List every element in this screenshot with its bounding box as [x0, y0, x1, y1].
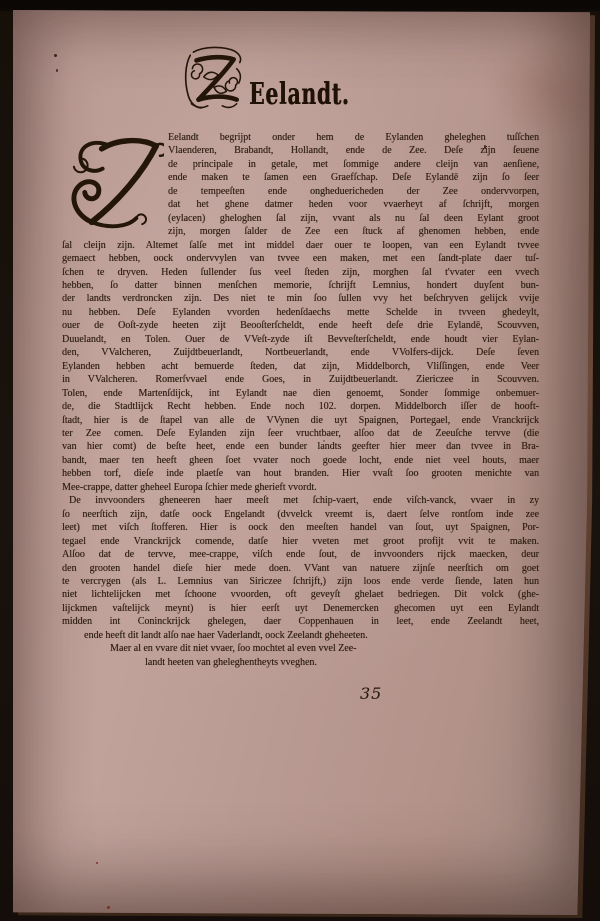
text-line: den, VValcheren, Zuijdtbeuerlandt, Nortb…: [62, 346, 539, 359]
text-line: ter Zee comen. Deſe Eylanden zijn ſeer v…: [62, 427, 539, 440]
text-line: ſchen te dryven. Heden ſullender ſus vee…: [62, 266, 539, 279]
text-line: hebben, ſo datter binnen menſchen memori…: [62, 279, 539, 292]
drop-cap-z-icon: [62, 132, 164, 236]
text-line: Tolen, ende Martenſdijck, int Eylandt na…: [62, 387, 539, 400]
text-line: de, die Stadtlijck Recht hebben. Ende no…: [62, 400, 539, 413]
book-page: Eelandt. Eelandt begrijpt onder hem de E…: [13, 10, 590, 915]
text-line: nu hebben. Deſe Eylanden vvorden hedenſd…: [62, 306, 539, 319]
text-line: ſo neerſtich zijn, datſe oock Engelandt …: [62, 508, 539, 521]
text-line: de principale in getale, met ſommige and…: [168, 158, 539, 171]
text-line: ſtadt, hier is de ſtapel van alle de VVy…: [62, 414, 539, 427]
text-column: Eelandt begrijpt onder hem de Eylanden g…: [62, 131, 539, 669]
text-line: Duuelandt, en Tolen. Ouer de VVeſt-zyde …: [62, 333, 539, 346]
text-line: Alſoo dat de tervve, mee-crappe, viſch e…: [62, 548, 539, 561]
photo-of-book-page: { "page": { "title": { "initial": "Z", "…: [0, 0, 600, 921]
text-line: ende maken te ſamen een Graefſchap. Deſe…: [168, 171, 539, 184]
paragraph-2-lines: ſo neerſtich zijn, datſe oock Engelandt …: [62, 508, 539, 629]
text-line: midden int Coninckrijck ghelegen, daer C…: [62, 615, 539, 628]
text-line: Mee-crappe, datter gheheel Europa ſchier…: [62, 481, 539, 494]
signature-number: 35: [360, 684, 382, 703]
text-line: tegael ende Vranckrijck comende, datſe h…: [62, 535, 539, 548]
text-line: Maer al en vvare dit niet vvaer, ſoo moc…: [110, 642, 539, 655]
text-line: bandt, maer ten heeft gheen ſoet vvater …: [62, 454, 539, 467]
text-line: Eylanden hebben acht bemuerde ſteden, da…: [62, 360, 539, 373]
text-line: hebben torf, dieſe inde plaetſe van hout…: [62, 467, 539, 480]
text-line: zijn, morgen ſalder de Zee een ſtuck af …: [168, 225, 539, 238]
text-line: der landts verdroncken zijn. Des niet te…: [62, 292, 539, 305]
paragraph-1-full-lines: ſal cleijn zijn. Altemet ſalſe met int m…: [62, 239, 539, 481]
ink-speck: [54, 54, 57, 57]
red-speck: [107, 906, 110, 909]
text-line: (eylacen) gheloghen ſal zijn, vvant als …: [168, 212, 539, 225]
text-line: van hier comt) de beſte heet, ende een b…: [62, 440, 539, 453]
text-line: De invvoonders gheneeren haer meeſt met …: [62, 494, 539, 507]
page-header: Eelandt.: [183, 46, 397, 112]
text-line: te vercrygen (als L. Lemnius van Siricze…: [62, 575, 539, 588]
ornamental-initial-z-icon: [183, 46, 245, 112]
text-line: dat het ghene datmer heden voor vvaerhey…: [168, 198, 539, 211]
ink-speck: [484, 145, 486, 149]
text-line: gemaect hebben, oock ondervvylen van tvv…: [62, 252, 539, 265]
text-line: ouer de Ooſt-zyde heeten zijt Beooſterſc…: [62, 319, 539, 332]
text-line: lijckmen vaſtelijck meynt) is hier eerſt…: [62, 602, 539, 615]
ink-speck: [56, 69, 58, 72]
paragraph-1-start: Eelandt begrijpt onder hem de Eylanden g…: [62, 131, 539, 239]
page-title: Eelandt.: [249, 80, 350, 110]
text-line: de tempeeſten ende ongheduericheden der …: [168, 185, 539, 198]
text-line: landt heeten van gheleghentheyts vveghen…: [145, 656, 539, 669]
ink-speck: [323, 440, 325, 442]
text-line: ende heeft dit landt alſo nae haer Vader…: [84, 629, 539, 642]
text-line: in VValcheren. Romerſvvael ende Goes, in…: [62, 373, 539, 386]
text-line: ſal cleijn zijn. Altemet ſalſe met int m…: [62, 239, 539, 252]
text-line: den grooten handel dieſe hier mede doen.…: [62, 562, 539, 575]
text-line: niet lichtelijcken met ſchoone vvoorden,…: [62, 588, 539, 601]
text-line: leet) met viſch ſtofferen. Hier is oock …: [62, 521, 539, 534]
red-speck: [96, 862, 98, 864]
text-line: Eelandt begrijpt onder hem de Eylanden g…: [168, 131, 539, 144]
